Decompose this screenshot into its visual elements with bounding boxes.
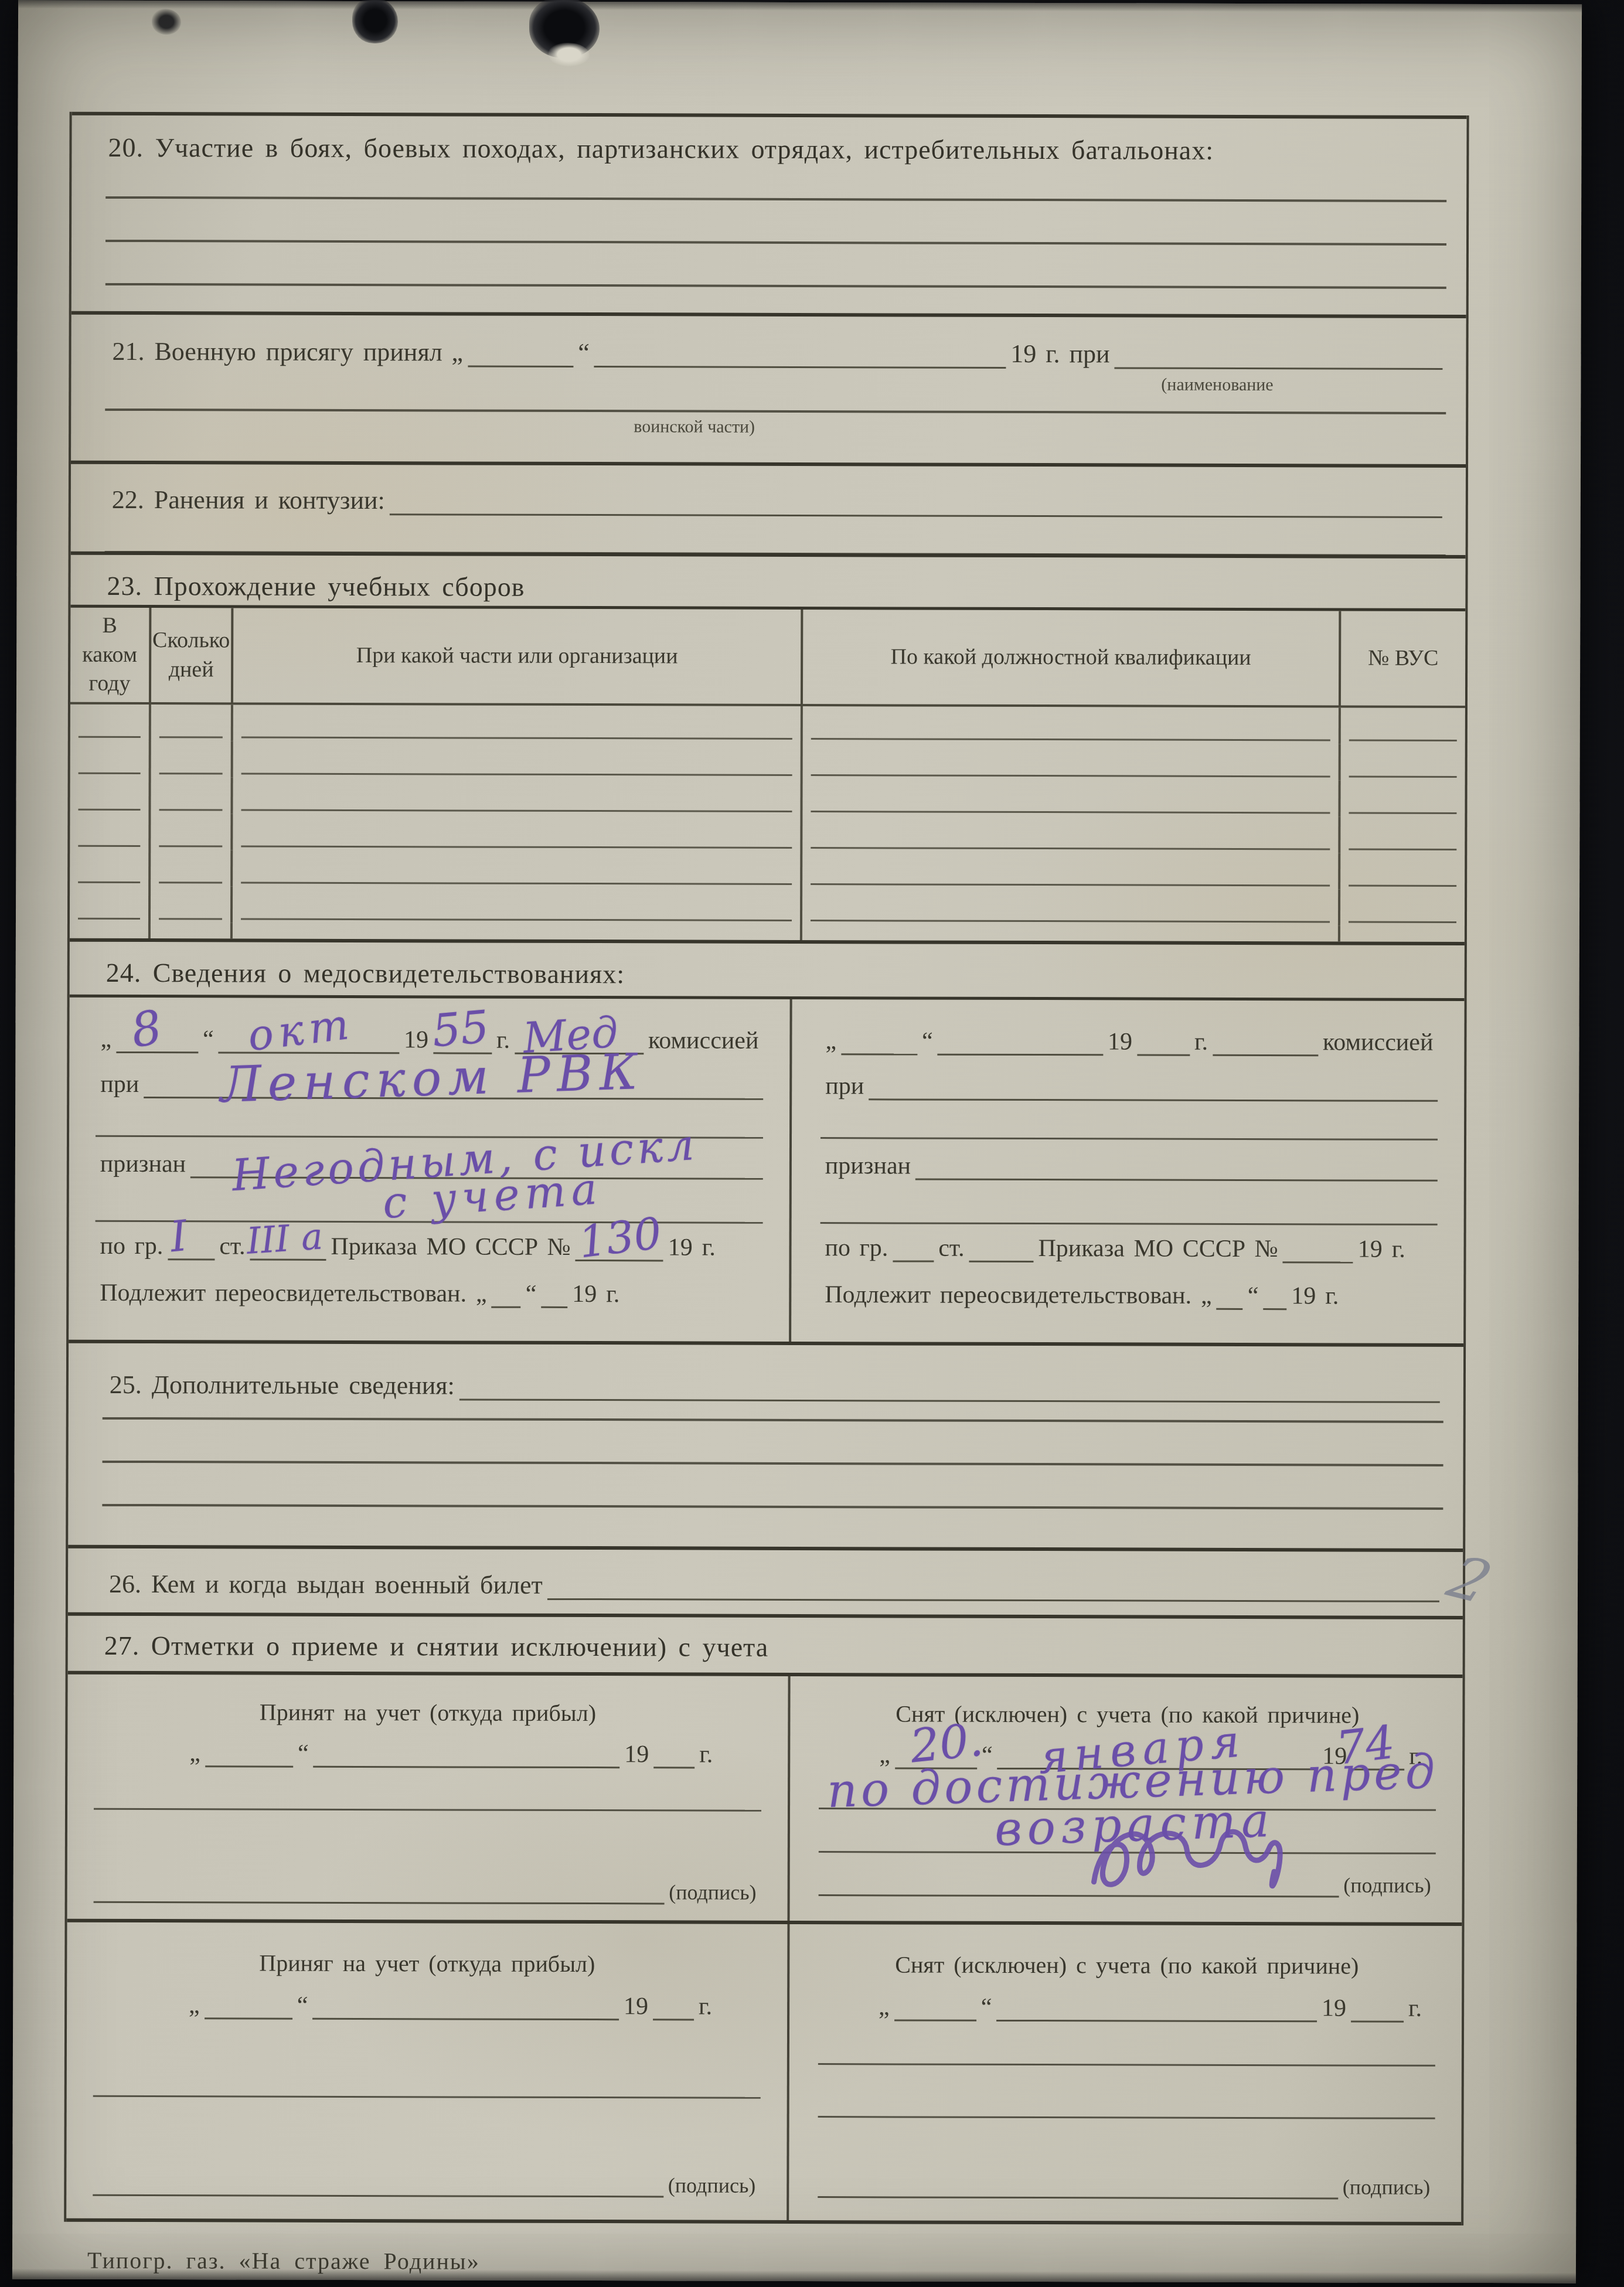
medical-right-column: „ “ 19 г. комиссией при xyxy=(794,999,1465,1343)
handwritten-priznan-1: Негодным, с искл xyxy=(230,1119,699,1201)
printer-imprint: Типогр. газ. «На страже Родины» xyxy=(87,2247,480,2275)
section-22-lead: 22. Ранения и контузии: xyxy=(112,485,385,515)
table-cell xyxy=(233,777,802,815)
col-header-qualification: По какой должностной квалификации xyxy=(803,610,1341,707)
note-voinskoy-chasti: воинской части) xyxy=(634,417,755,437)
remove-year-blank xyxy=(1351,2015,1404,2022)
ruled-line xyxy=(105,196,1446,202)
g-label: г. xyxy=(1392,1236,1405,1264)
g-label: г. xyxy=(1409,1743,1422,1771)
remove-month-blank xyxy=(996,2014,1317,2022)
table-cell xyxy=(233,850,802,888)
table-cell xyxy=(151,923,233,938)
col-header-year: В каком году xyxy=(70,608,151,705)
section-25-title: 25. Дополнительные сведения: xyxy=(110,1370,455,1401)
table-cell xyxy=(151,850,233,886)
table-cell xyxy=(802,815,1340,853)
table-cell xyxy=(70,850,151,886)
section-26-title: 26. Кем и когда выдан военный билет xyxy=(109,1569,543,1600)
prikaz-label: Приказа МО СССР № xyxy=(331,1233,571,1261)
section-27-register-table: Принят на учет (откуда прибыл) „ “ 19 г.… xyxy=(66,1671,1462,2225)
table-cell xyxy=(151,741,233,777)
table-cell xyxy=(803,743,1341,780)
table-cell xyxy=(233,886,802,924)
remove-year-blank: 74 xyxy=(1351,1763,1404,1770)
close-quote: “ xyxy=(578,338,590,367)
table-cell xyxy=(1340,889,1465,926)
ruled-line xyxy=(103,1417,1443,1423)
table-cell xyxy=(70,705,151,741)
year-19: 19 xyxy=(1358,1236,1383,1264)
remove-day-blank: 20. xyxy=(895,1762,977,1769)
torn-edge-mark xyxy=(152,9,181,35)
section-23-training-camps: 23. Прохождение учебных сборов В каком г… xyxy=(70,552,1466,942)
signature-blank xyxy=(93,2189,663,2198)
open-quote: „ xyxy=(879,1741,890,1769)
table-cell xyxy=(803,706,1341,744)
table-cell xyxy=(70,814,151,850)
med-year-blank xyxy=(1137,1049,1190,1056)
table-cell xyxy=(802,924,1340,941)
unit-name-blank xyxy=(1114,362,1442,369)
table-cell xyxy=(151,705,233,741)
form-frame: 20. Участие в боях, боевых походах, парт… xyxy=(64,112,1469,2225)
col-header-days: Сколько дней xyxy=(151,608,233,705)
table-cell xyxy=(151,814,233,850)
medical-columns: „ 8 “ окт 19 55 г. Мед комиссией при Лен… xyxy=(69,995,1465,1343)
wounds-blank xyxy=(390,508,1442,518)
training-camps-table: В каком году Сколько дней При какой част… xyxy=(70,605,1465,942)
podpis-label: (подпись) xyxy=(668,2173,756,2197)
open-quote: „ xyxy=(476,1280,487,1308)
handwritten-prikaz-no: 130 xyxy=(576,1208,664,1268)
ruled-line xyxy=(94,1808,761,1812)
accept-month-blank xyxy=(314,1761,620,1768)
remove-header: Снят (исключен) с учета (по какой причин… xyxy=(792,1700,1462,1729)
handwritten-year: 55 xyxy=(430,1000,491,1057)
year-19: 19 xyxy=(668,1233,693,1261)
table-cell xyxy=(1340,780,1465,817)
st-label: ст. xyxy=(938,1234,964,1262)
med-day-blank: 8 xyxy=(116,1046,198,1053)
resurvey-day-blank xyxy=(492,1301,521,1308)
g-label: г. xyxy=(1408,1995,1422,2023)
year-19: 19 xyxy=(1322,1742,1347,1770)
table-cell xyxy=(70,777,151,814)
torn-edge-mark xyxy=(352,0,398,43)
prikaz-label: Приказа МО СССР № xyxy=(1039,1234,1278,1263)
open-quote: „ xyxy=(452,337,464,367)
open-quote: „ xyxy=(879,1993,890,2021)
g-label: г. xyxy=(496,1026,510,1054)
military-card-page: 20. Участие в боях, боевых походах, парт… xyxy=(12,1,1582,2283)
oath-day-blank xyxy=(468,360,573,367)
med-pri-blank xyxy=(869,1093,1438,1102)
signature-blank xyxy=(818,2191,1338,2199)
st-blank: III а xyxy=(250,1254,326,1261)
table-cell xyxy=(70,741,151,777)
accept-year-blank xyxy=(653,1761,694,1768)
year-19: 19 xyxy=(1291,1282,1316,1310)
remove-day-blank xyxy=(894,2014,976,2021)
st-blank xyxy=(969,1255,1034,1262)
table-cell xyxy=(151,886,233,923)
note-naimenovanie: (наименование xyxy=(1161,375,1273,396)
table-cell xyxy=(802,888,1340,925)
table-cell xyxy=(1341,744,1465,781)
accept-header-2: Приняг на учет (откуда прибыл) xyxy=(67,1949,787,1978)
open-quote: „ xyxy=(189,1739,200,1767)
priznan-label: признан xyxy=(100,1150,186,1178)
col-header-vus: № ВУС xyxy=(1341,611,1465,708)
close-quote: “ xyxy=(982,1741,993,1769)
med-year-blank: 55 xyxy=(433,1047,492,1054)
pri-label: при xyxy=(825,1072,864,1100)
year-19: 19 xyxy=(1108,1027,1132,1056)
ruled-line xyxy=(820,1222,1438,1226)
close-quote: “ xyxy=(298,1740,309,1768)
year-19: 19 xyxy=(404,1026,428,1054)
prikaz-no-blank xyxy=(1283,1256,1353,1263)
section-23-title: 23. Прохождение учебных сборов xyxy=(107,570,1442,605)
table-cell xyxy=(802,852,1340,889)
med-pri-blank: Ленском РВК xyxy=(144,1091,763,1100)
open-quote: „ xyxy=(100,1025,111,1053)
gr-label: по гр. xyxy=(825,1234,888,1262)
year-19: 19 xyxy=(624,1992,648,2020)
close-quote: “ xyxy=(1248,1282,1259,1310)
med-month-blank: окт xyxy=(219,1046,399,1054)
commission-label: комиссией xyxy=(1323,1028,1434,1056)
resurvey-label: Подлежит переосвидетельствован. xyxy=(100,1279,467,1308)
table-cell xyxy=(1341,707,1465,744)
priznan-blank xyxy=(915,1173,1438,1182)
handwritten-commission-type: Мед xyxy=(521,1008,619,1063)
accept-header: Принят на учет (откуда прибыл) xyxy=(67,1698,788,1727)
table-cell xyxy=(70,886,151,923)
gr-blank xyxy=(893,1255,934,1262)
section-25-additional: 25. Дополнительные сведения: xyxy=(68,1340,1463,1549)
register-columns: Принят на учет (откуда прибыл) „ “ 19 г.… xyxy=(66,1675,1462,2222)
ruled-line: по достижению пред xyxy=(819,1808,1436,1811)
signature-blank xyxy=(94,1896,665,1905)
ruled-line xyxy=(103,1461,1443,1466)
year-19: 19 xyxy=(1322,1994,1346,2022)
pri-label: при xyxy=(100,1070,139,1098)
table-cell xyxy=(70,923,151,938)
prikaz-no-blank: 130 xyxy=(576,1254,663,1261)
resurvey-label: Подлежит переосвидетельствован. xyxy=(825,1281,1191,1310)
table-cell xyxy=(233,705,803,743)
table-cell xyxy=(151,777,233,814)
accept-day-blank xyxy=(205,2012,292,2019)
section-24-medical: 24. Сведения о медосвидетельствованиях: … xyxy=(69,938,1465,1343)
table-cell xyxy=(233,814,802,852)
accept-day-blank xyxy=(205,1760,293,1767)
resurvey-day-blank xyxy=(1217,1303,1243,1310)
table-cell xyxy=(1340,925,1465,942)
section-20-title: 20. Участие в боях, боевых походах, парт… xyxy=(108,132,1443,166)
ruled-line: с учета xyxy=(96,1220,763,1224)
section-21-oath: 21. Военную присягу принял „ “ 19 г. при… xyxy=(71,311,1466,464)
section-21-lead: 21. Военную присягу принял xyxy=(112,336,442,367)
close-quote: “ xyxy=(922,1027,933,1056)
ruled-line xyxy=(105,409,1446,414)
ruled-line xyxy=(820,1137,1438,1141)
priznan-blank: Негодным, с искл xyxy=(190,1171,763,1180)
ruled-line xyxy=(102,1504,1443,1510)
table-cell xyxy=(802,779,1340,816)
resurvey-month-blank xyxy=(1263,1303,1286,1310)
g-label: г. xyxy=(606,1280,619,1308)
close-quote: “ xyxy=(297,1992,308,2020)
remove-header-2: Снят (исключен) с учета (по какой причин… xyxy=(792,1951,1462,1980)
close-quote: “ xyxy=(981,1993,992,2021)
med-day-blank xyxy=(841,1048,917,1055)
close-quote: “ xyxy=(203,1025,214,1053)
g-label: г. xyxy=(1194,1028,1208,1056)
gr-label: по гр. xyxy=(100,1232,163,1260)
torn-edge-flap xyxy=(549,43,590,66)
section-24-title: 24. Сведения о медосвидетельствованиях: xyxy=(106,957,1441,992)
g-label: г. xyxy=(699,1741,713,1769)
section-26-issued-by: 26. Кем и когда выдан военный билет xyxy=(68,1545,1463,1616)
additional-blank xyxy=(459,1393,1440,1403)
med-type-blank: Мед xyxy=(515,1047,644,1055)
section-27-heading: 27. Отметки о приеме и снятии исключении… xyxy=(68,1612,1463,1675)
table-cell xyxy=(1340,816,1465,853)
section-20-combat-participation: 20. Участие в боях, боевых походах, парт… xyxy=(72,112,1467,315)
handwritten-day: 8 xyxy=(127,1000,165,1059)
year-19: 19 xyxy=(572,1280,597,1308)
remove-month-blank: января xyxy=(997,1762,1318,1770)
col-header-unit: При какой части или организации xyxy=(233,608,803,706)
resurvey-month-blank xyxy=(541,1301,567,1308)
table-cell xyxy=(1340,853,1465,890)
section-22-wounds: 22. Ранения и контузии: xyxy=(71,461,1466,555)
open-quote: „ xyxy=(825,1027,836,1055)
signature-blank xyxy=(819,1889,1339,1897)
year-19: 19 xyxy=(1010,339,1036,369)
g-label: г. xyxy=(702,1234,716,1262)
year-19: 19 xyxy=(624,1740,649,1768)
ruled-line xyxy=(105,283,1446,289)
ruled-line xyxy=(818,2116,1435,2119)
med-type-blank xyxy=(1213,1049,1318,1056)
ruled-line xyxy=(96,1135,763,1139)
med-month-blank xyxy=(938,1049,1103,1056)
podpis-label: (подпись) xyxy=(1343,1873,1431,1897)
g-label: г. xyxy=(699,1993,712,2021)
g-label: г. xyxy=(1325,1282,1339,1310)
table-cell xyxy=(233,741,803,779)
issued-by-blank xyxy=(547,1593,1439,1602)
g-label: г. xyxy=(1046,339,1060,369)
pri-label: при xyxy=(1069,339,1109,369)
priznan-label: признан xyxy=(825,1152,911,1180)
medical-left-column: „ 8 “ окт 19 55 г. Мед комиссией при Лен… xyxy=(69,998,792,1342)
table-cell xyxy=(233,923,802,940)
podpis-label: (подпись) xyxy=(1343,2174,1431,2199)
section-27-title: 27. Отметки о приеме и снятии исключении… xyxy=(104,1630,1439,1665)
gr-blank: I xyxy=(168,1253,215,1260)
ruled-line xyxy=(105,240,1446,246)
close-quote: “ xyxy=(526,1280,537,1308)
commission-label: комиссией xyxy=(648,1026,759,1054)
podpis-label: (подпись) xyxy=(669,1880,757,1904)
accept-month-blank xyxy=(312,2013,619,2020)
ruled-line xyxy=(93,2095,761,2099)
signature-scrawl xyxy=(1072,1805,1324,1921)
open-quote: „ xyxy=(1201,1282,1212,1310)
oath-month-blank xyxy=(594,360,1006,369)
register-left-column: Принят на учет (откуда прибыл) „ “ 19 г.… xyxy=(66,1675,790,2220)
accept-year-blank xyxy=(653,2013,694,2020)
handwritten-gr: I xyxy=(168,1211,189,1261)
register-right-column: Снят (исключен) с учета (по какой причин… xyxy=(791,1676,1462,2222)
ruled-line xyxy=(818,2063,1435,2067)
handwritten-month: окт xyxy=(245,999,356,1060)
open-quote: „ xyxy=(189,1991,200,2019)
st-label: ст. xyxy=(219,1232,245,1260)
